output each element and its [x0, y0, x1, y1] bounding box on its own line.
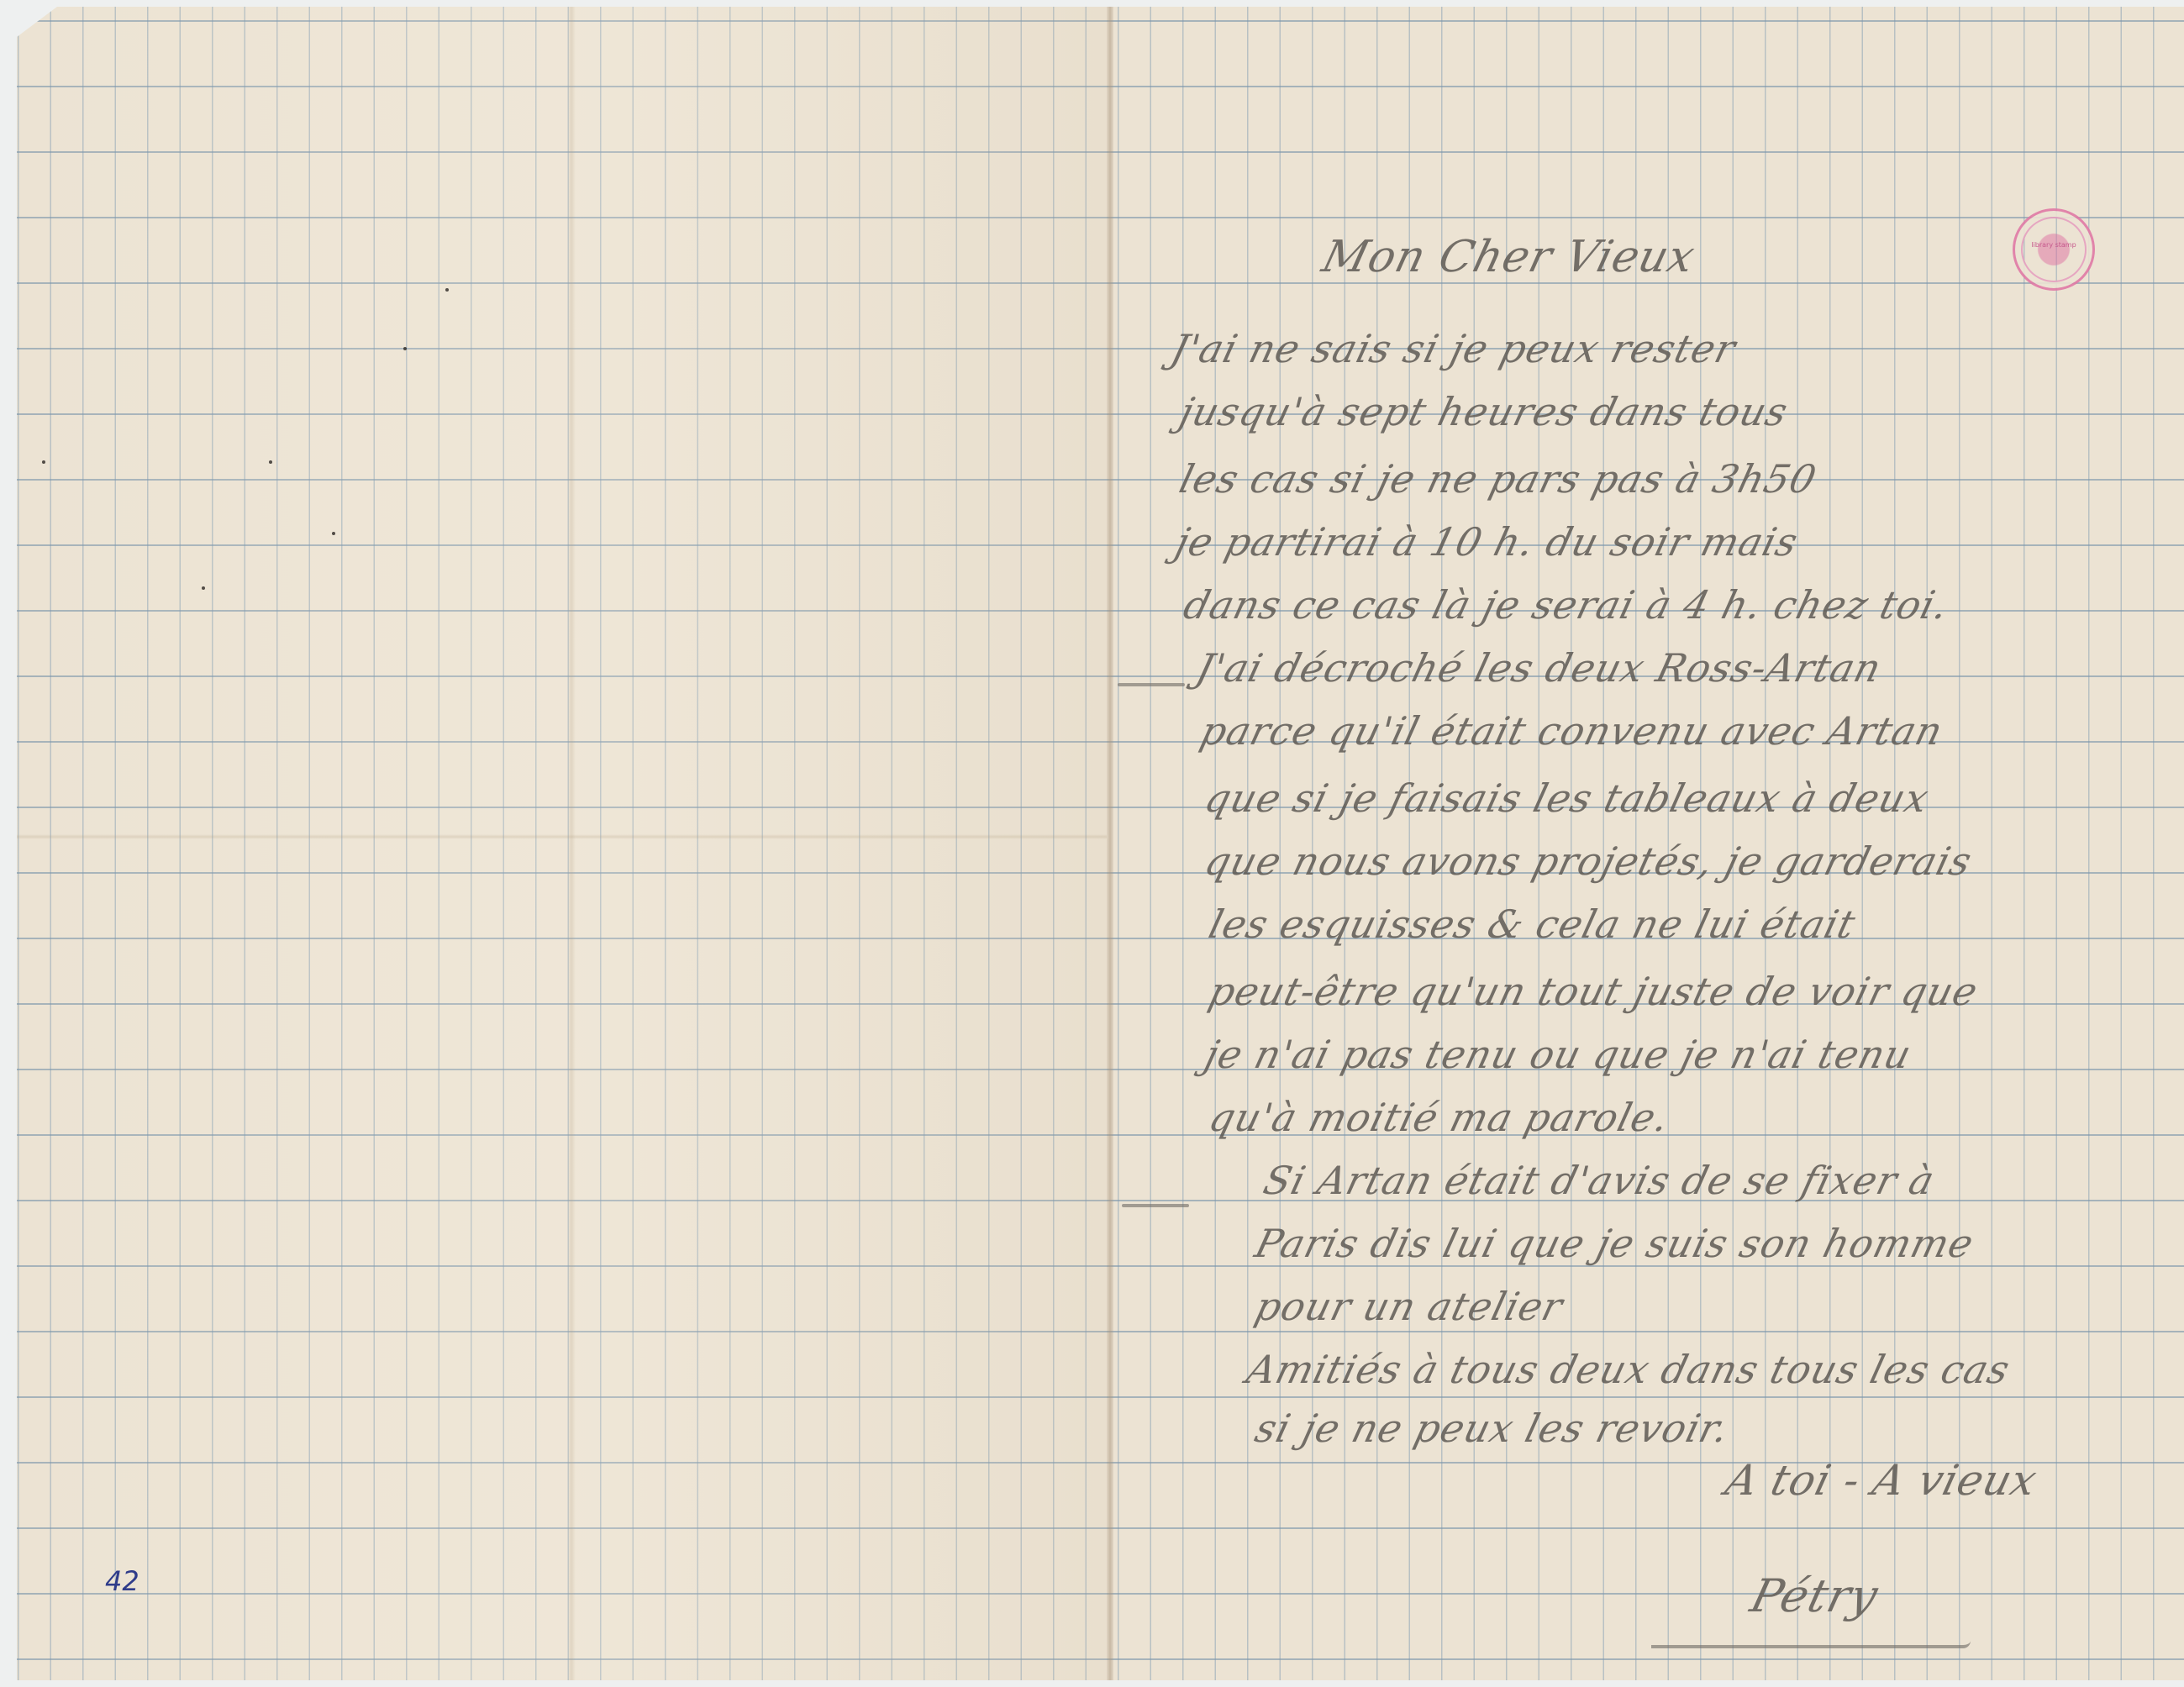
ink-speck [403, 347, 407, 350]
letter-line: pour un atelier [1250, 1284, 1567, 1329]
ink-speck [332, 532, 335, 535]
library-stamp: library stamp [2013, 208, 2095, 291]
letter-line: je n'ai pas tenu ou que je n'ai tenu [1200, 1032, 1916, 1077]
letter-line: parce qu'il était convenu avec Artan [1196, 708, 1948, 754]
letter-line: peut-être qu'un tout juste de voir que [1204, 969, 1982, 1014]
ink-speck [269, 460, 272, 464]
salutation: Mon Cher Vieux [1318, 232, 1701, 282]
vertical-fold-crease [567, 7, 576, 1680]
folio-number: 42 [105, 1565, 139, 1597]
signature-flourish [1651, 1641, 1971, 1648]
letter-line: si je ne peux les revoir. [1250, 1406, 1734, 1451]
closing: A toi - A vieux [1721, 1456, 2043, 1505]
letter-line: les esquisses & cela ne lui était [1204, 901, 1860, 947]
letter-line: que si je faisais les tableaux à deux [1200, 775, 1934, 821]
letter-line: les cas si je ne pars pas à 3h50 [1175, 456, 1821, 502]
letter-line: Amitiés à tous deux dans tous les cas [1242, 1347, 2014, 1392]
letter-line: J'ai ne sais si je peux rester [1166, 326, 1740, 371]
signature: Pétry [1745, 1569, 1884, 1622]
stamp-label: library stamp [2015, 241, 2092, 249]
center-fold [1107, 7, 1113, 1680]
ink-speck [445, 288, 449, 292]
horizontal-fold-crease [17, 834, 1107, 839]
letter-line: je partirai à 10 h. du soir mais [1171, 519, 1802, 565]
letter-sheet: 42 library stamp Mon Cher Vieux J'ai ne … [17, 7, 2184, 1680]
letter-line: jusqu'à sept heures dans tous [1175, 389, 1792, 434]
letter-line: que nous avons projetés, je garderais [1200, 838, 1976, 884]
ink-speck [202, 586, 205, 590]
letter-line: dans ce cas là je serai à 4 h. chez toi. [1179, 582, 1953, 628]
ink-speck [42, 460, 45, 464]
letter-line: qu'à moitié ma parole. [1204, 1095, 1674, 1140]
paragraph-dash [1122, 1204, 1189, 1207]
paragraph-dash [1118, 683, 1185, 686]
right-page: library stamp Mon Cher Vieux J'ai ne sai… [1113, 7, 2184, 1680]
left-page-blank [17, 7, 1107, 1680]
torn-corner [17, 7, 57, 37]
letter-line: Si Artan était d'avis de se fixer à [1259, 1158, 1939, 1203]
letter-line: J'ai décroché les deux Ross-Artan [1192, 645, 1887, 691]
letter-line: Paris dis lui que je suis son homme [1250, 1221, 1978, 1266]
